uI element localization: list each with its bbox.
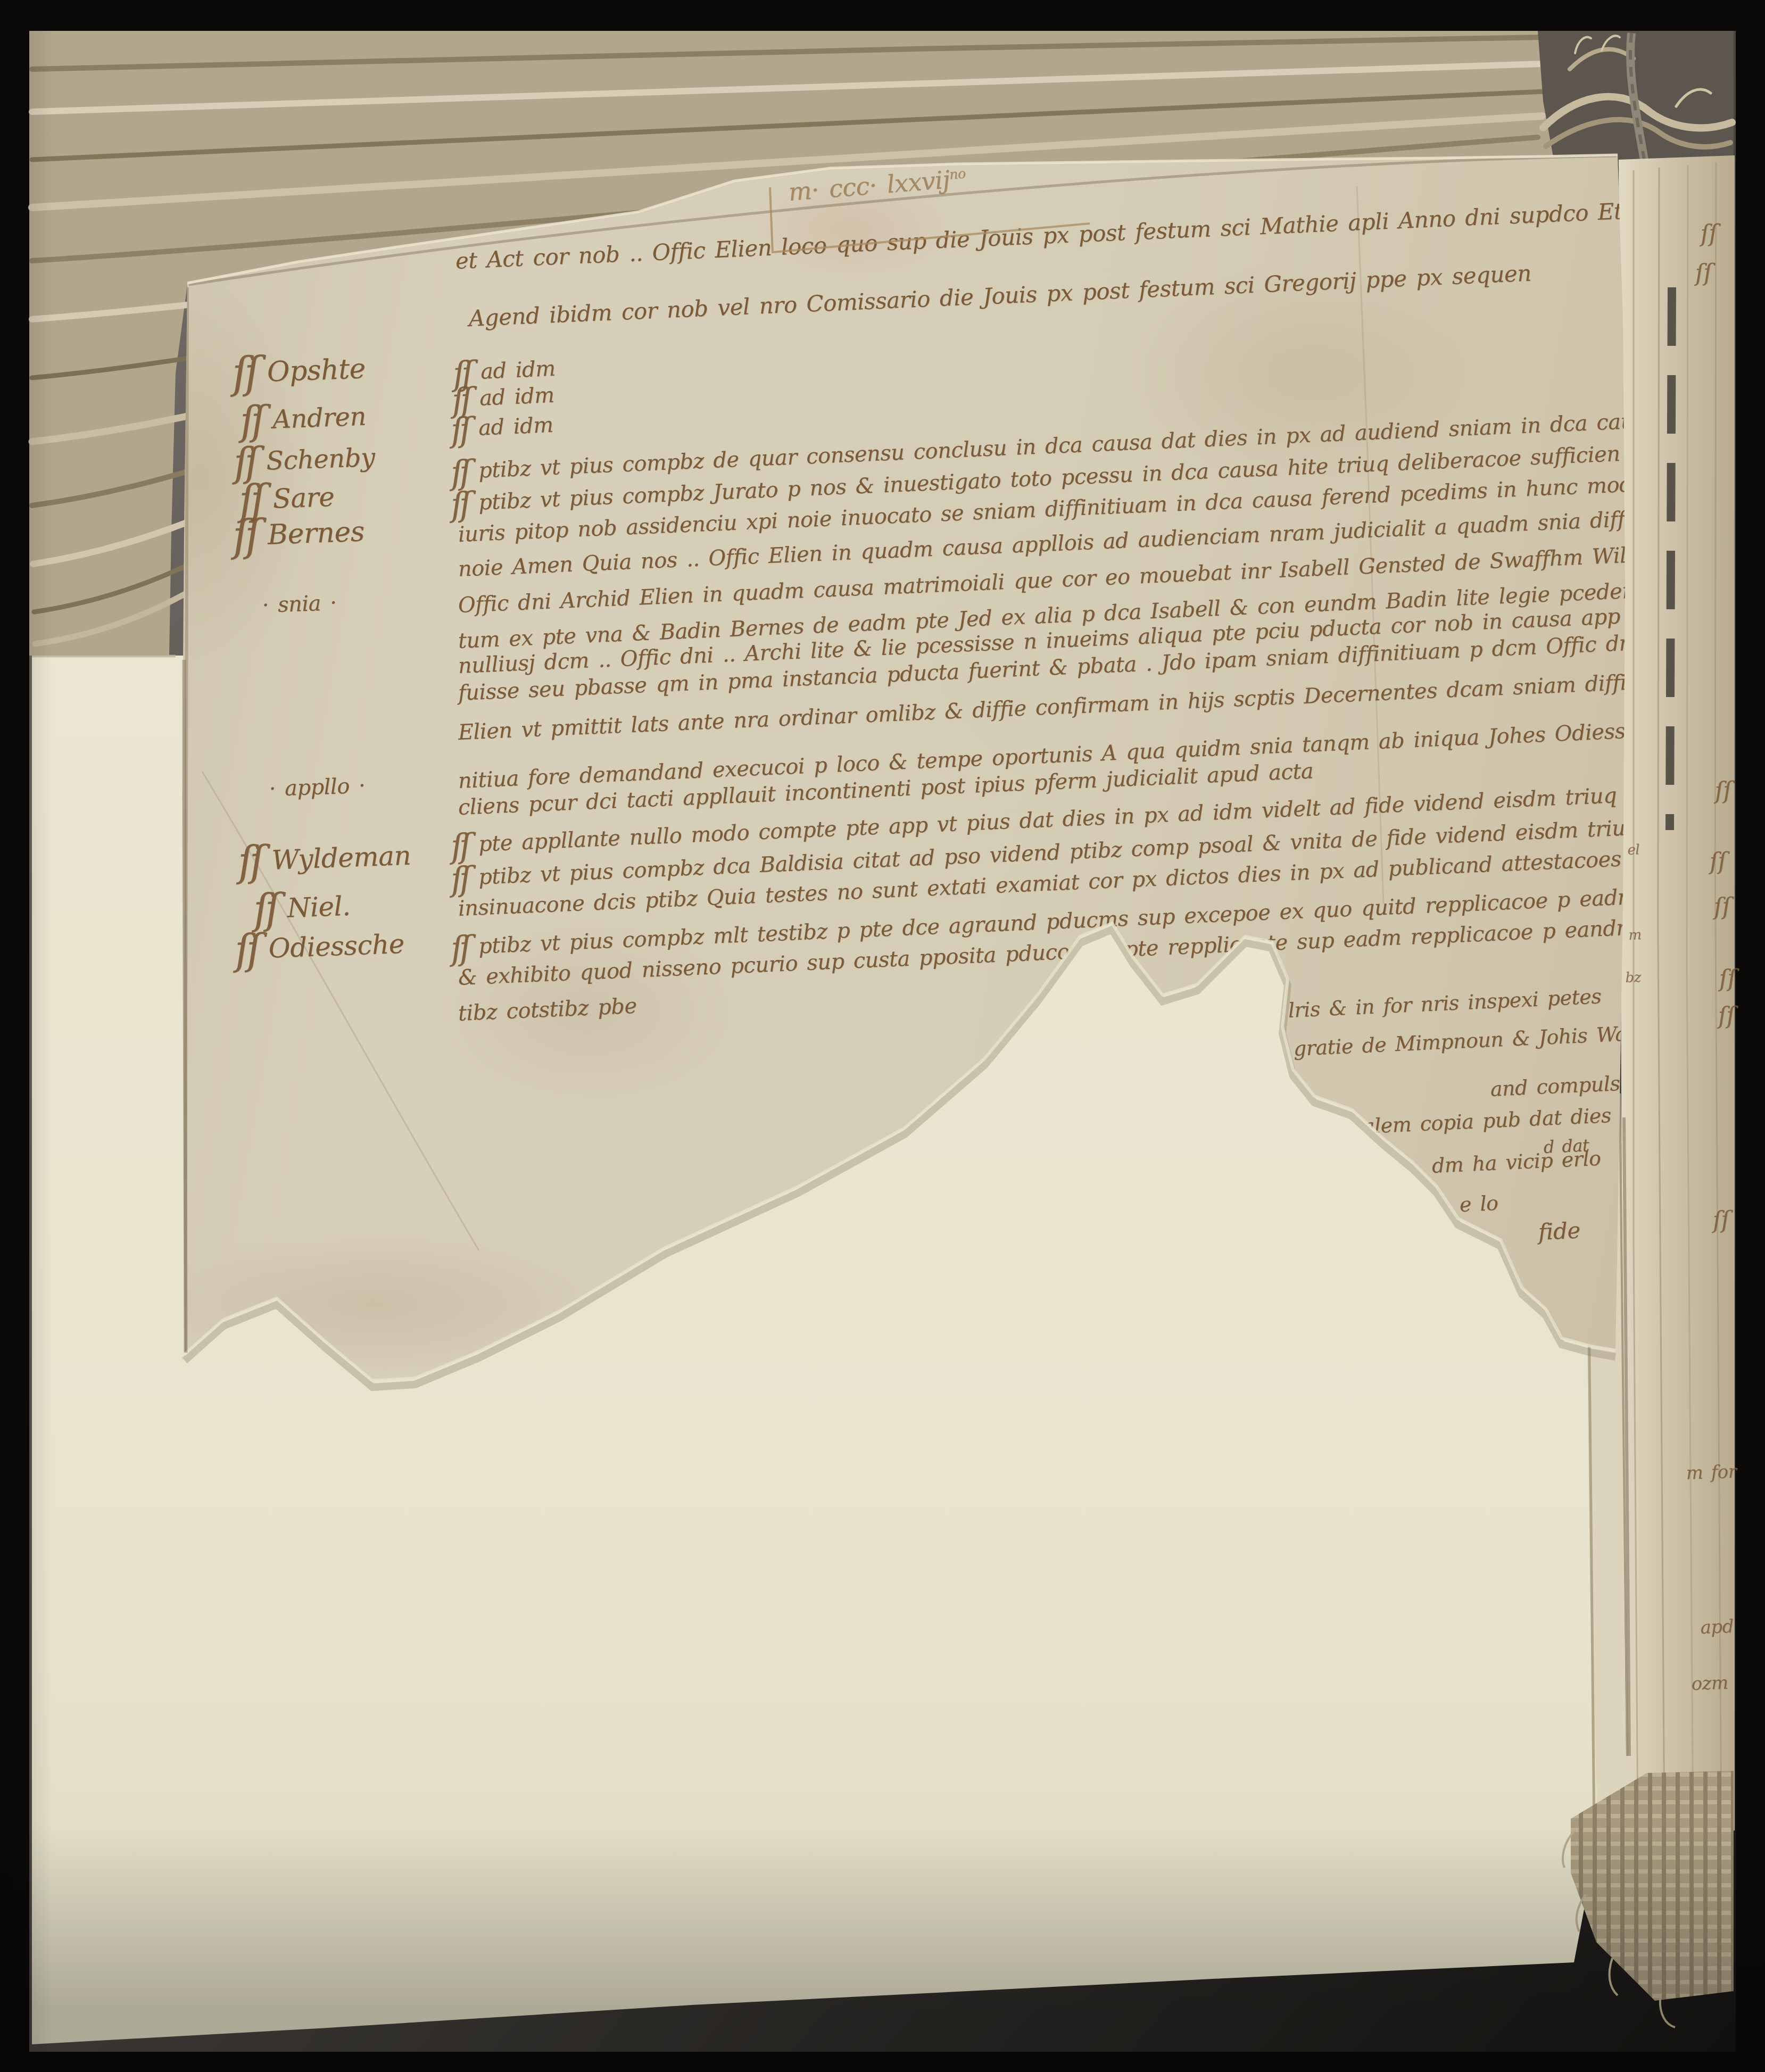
next-folio-note: apd	[1700, 1618, 1734, 1637]
margin-note-text: Sare	[272, 482, 335, 515]
next-folio-paraph-icon: ſſ	[1714, 779, 1732, 803]
next-folio-paraph-icon: ſſ	[1700, 222, 1718, 246]
paraph-icon: ſſ	[450, 929, 469, 968]
margin-note-text: Andren	[272, 402, 366, 435]
margin-note-text: Bernes	[267, 516, 365, 551]
text-fragment: fide	[1538, 1219, 1581, 1244]
margin-note: ſſOpshte	[231, 347, 366, 395]
paraph-icon: ſſ	[450, 485, 469, 524]
line-text: ad idm	[479, 383, 554, 411]
margin-note-text: Niel.	[287, 891, 351, 924]
line-text: ad idm	[478, 413, 553, 441]
margin-note: · snia ·	[262, 592, 337, 616]
paraph-icon: ſſ	[231, 347, 258, 399]
paraph-icon: ſſ	[237, 837, 262, 885]
gutter-letter-bit: bz	[1625, 971, 1641, 985]
margin-note: ſſNiel.	[253, 886, 351, 931]
margin-note: ſſAndren	[239, 397, 367, 442]
margin-note-text: Schenby	[266, 443, 375, 476]
margin-note: ſſWyldeman	[237, 836, 411, 883]
paraph-icon: ſſ	[239, 397, 263, 444]
manuscript-line: ſſad idm	[450, 410, 554, 447]
margin-note: ſſOdiessche	[234, 924, 405, 972]
text-fragment: e lo	[1459, 1193, 1498, 1215]
next-folio-paraph-icon: ſſ	[1695, 261, 1712, 285]
folio-number-superscript: no	[949, 165, 966, 182]
paraph-icon: ſſ	[232, 510, 258, 561]
paraph-icon: ſſ	[450, 410, 469, 450]
text-fragment: d dat	[1543, 1137, 1589, 1156]
margin-note-text: Wyldeman	[271, 840, 411, 876]
margin-note: ſſBernes	[232, 510, 365, 558]
paraph-icon: ſſ	[450, 859, 469, 899]
next-folio-note: m for	[1686, 1463, 1737, 1482]
margin-note: · appllo ·	[269, 775, 366, 800]
next-folio-paraph-icon: ſſ	[1718, 1004, 1735, 1028]
paraph-icon: ſſ	[234, 925, 259, 974]
next-folio-paraph-icon: ſſ	[1712, 1208, 1730, 1232]
next-folio-paraph-icon: ſſ	[1719, 967, 1736, 991]
next-folio-paraph-icon: ſſ	[1713, 895, 1731, 919]
gutter-letter-bit: m	[1628, 928, 1642, 942]
next-folio-note: ozm	[1691, 1674, 1728, 1693]
gutter-letter-bit: el	[1627, 843, 1640, 857]
margin-note-text: Odiessche	[268, 929, 405, 964]
next-folio-paraph-icon: ſſ	[1709, 850, 1727, 874]
margin-note-text: Opshte	[267, 353, 366, 388]
manuscript-photograph: m· ccc· lxxvijno ſſOpshte ſſAndren ſſSch…	[0, 0, 1765, 2072]
